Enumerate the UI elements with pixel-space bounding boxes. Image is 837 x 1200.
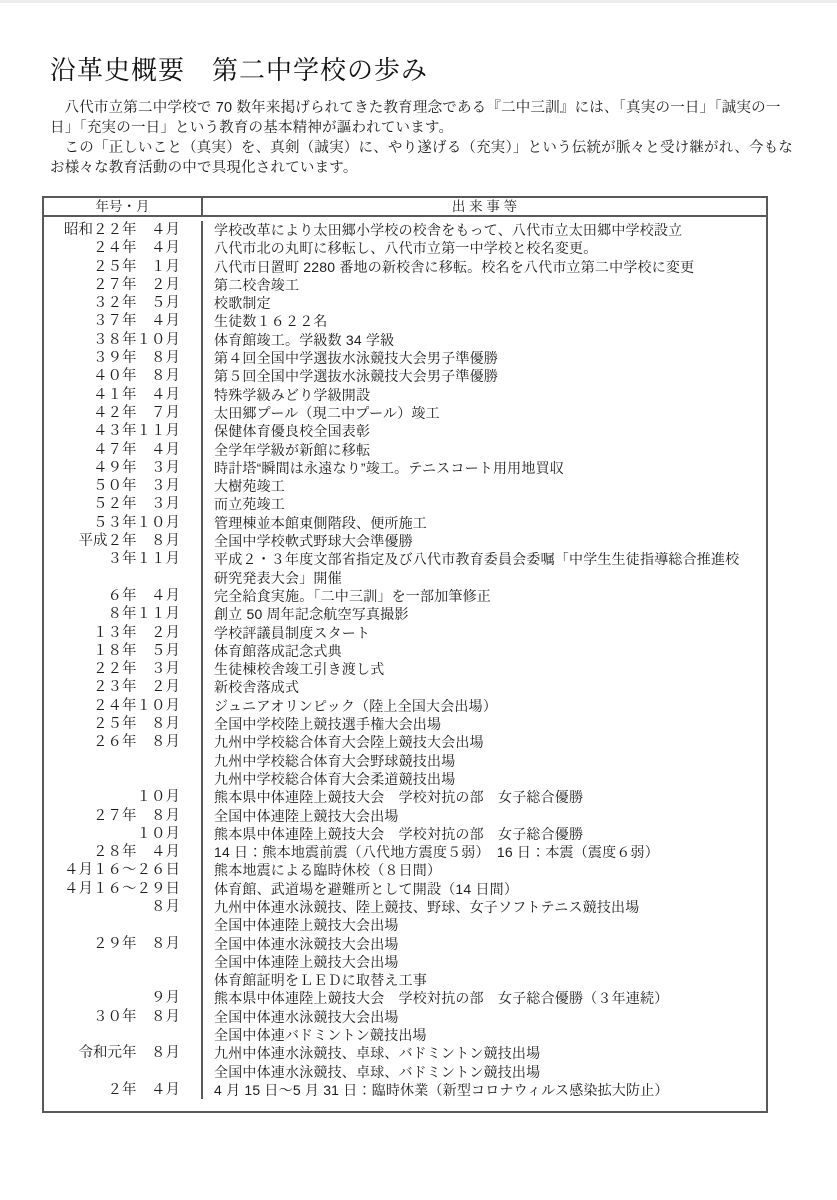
table-row: １０月熊本県中体連陸上競技大会 学校対抗の部 女子総合優勝 <box>44 788 766 806</box>
row-event: 八代市日置町 2280 番地の新校舎に移転。校名を八代市立第二中学校に変更 <box>203 258 766 276</box>
row-event: 学校評議員制度スタート <box>203 624 766 642</box>
table-row: ２７年 ８月全国中体連陸上競技大会出場 <box>44 807 766 825</box>
row-event: 而立苑竣工 <box>203 495 766 513</box>
row-era-month: ２５年 ８月 <box>44 715 203 733</box>
row-era-month: ４２年 ７月 <box>44 404 203 422</box>
row-era-month: ９月 <box>44 989 203 1007</box>
table-row: ３０年 ８月全国中体連水泳競技大会出場 <box>44 1008 766 1026</box>
table-row: ２５年 １月八代市日置町 2280 番地の新校舎に移転。校名を八代市立第二中学校… <box>44 258 766 276</box>
row-era-month: １８年 ５月 <box>44 642 203 660</box>
table-row: ２年 ４月4 月 15 日～5 月 31 日：臨時休業（新型コロナウィルス感染拡… <box>44 1081 766 1099</box>
row-event: 学校改革により太田郷小学校の校舎をもって、八代市立太田郷中学校設立 <box>203 221 766 239</box>
row-event: 大樹苑竣工 <box>203 477 766 495</box>
table-row: ３８年１０月体育館竣工。学級数 34 学級 <box>44 331 766 349</box>
row-era-month <box>44 1026 203 1044</box>
row-era-month: ５２年 ３月 <box>44 495 203 513</box>
row-era-month: ２２年 ３月 <box>44 660 203 678</box>
table-row: 全国中体連水泳競技、卓球、バドミントン競技出場 <box>44 1063 766 1081</box>
intro-paragraph-1: 八代市立第二中学校で 70 数年来掲げられてきた教育理念である『二中三訓』には、… <box>50 98 797 138</box>
row-event: 新校舎落成式 <box>203 678 766 696</box>
row-era-month: ２年 ４月 <box>44 1081 203 1099</box>
table-row: 全国中体連バドミントン競技出場 <box>44 1026 766 1044</box>
row-era-month: ４７年 ４月 <box>44 441 203 459</box>
row-era-month: ４１年 ４月 <box>44 386 203 404</box>
header-era-month: 年号・月 <box>44 198 203 215</box>
row-era-month: ２４年 ４月 <box>44 239 203 257</box>
table-body: 昭和２２年 ４月学校改革により太田郷小学校の校舎をもって、八代市立太田郷中学校設… <box>44 217 766 1111</box>
row-era-month: ３７年 ４月 <box>44 312 203 330</box>
table-row: ５２年 ３月而立苑竣工 <box>44 495 766 513</box>
document-page: 沿革史概要 第二中学校の歩み 八代市立第二中学校で 70 数年来掲げられてきた教… <box>0 0 837 1200</box>
row-era-month: ２３年 ２月 <box>44 678 203 696</box>
table-row: ９月熊本県中体連陸上競技大会 学校対抗の部 女子総合優勝（３年連続） <box>44 989 766 1007</box>
row-event: 全国中体連バドミントン競技出場 <box>203 1026 766 1044</box>
row-event: 完全給食実施。「二中三訓」を一部加筆修正 <box>203 587 766 605</box>
row-era-month: １０月 <box>44 825 203 843</box>
row-era-month <box>44 916 203 934</box>
row-era-month: ２９年 ８月 <box>44 935 203 953</box>
scan-edge <box>0 0 837 3</box>
row-event: 体育館竣工。学級数 34 学級 <box>203 331 766 349</box>
table-row: ３９年 ８月第４回全国中学選抜水泳競技大会男子準優勝 <box>44 349 766 367</box>
intro-section: 八代市立第二中学校で 70 数年来掲げられてきた教育理念である『二中三訓』には、… <box>50 98 797 178</box>
row-era-month: ８月 <box>44 898 203 916</box>
row-event: 全国中体連水泳競技大会出場 <box>203 935 766 953</box>
row-era-month: ８年１１月 <box>44 605 203 623</box>
table-row: 昭和２２年 ４月学校改革により太田郷小学校の校舎をもって、八代市立太田郷中学校設… <box>44 221 766 239</box>
table-row: 全国中体連陸上競技大会出場 <box>44 953 766 971</box>
table-row: 体育館証明をＬＥＤに取替え工事 <box>44 971 766 989</box>
table-row: ３年１１月平成２・３年度文部省指定及び八代市教育委員会委嘱「中学生生徒指導総合推… <box>44 550 766 568</box>
row-era-month <box>44 770 203 788</box>
table-row: ３２年 ５月校歌制定 <box>44 294 766 312</box>
row-era-month: ４３年１１月 <box>44 422 203 440</box>
row-event: 特殊学級みどり学級開設 <box>203 386 766 404</box>
row-event: 熊本県中体連陸上競技大会 学校対抗の部 女子総合優勝（３年連続） <box>203 989 766 1007</box>
row-era-month: ６年 ４月 <box>44 587 203 605</box>
row-event: 校歌制定 <box>203 294 766 312</box>
table-row: １０月熊本県中体連陸上競技大会 学校対抗の部 女子総合優勝 <box>44 825 766 843</box>
row-event: 保健体育優良校全国表彰 <box>203 422 766 440</box>
row-event: 全国中体連水泳競技大会出場 <box>203 1008 766 1026</box>
row-event: 全国中学校陸上競技選手権大会出場 <box>203 715 766 733</box>
row-era-month: ３年１１月 <box>44 550 203 568</box>
row-event: 平成２・３年度文部省指定及び八代市教育委員会委嘱「中学生生徒指導総合推進校 <box>203 550 766 568</box>
table-row: ２４年 ４月八代市北の丸町に移転し、八代市立第一中学校と校名変更。 <box>44 239 766 257</box>
row-era-month: ４９年 ３月 <box>44 459 203 477</box>
table-row: ２２年 ３月生徒棟校舎竣工引き渡し式 <box>44 660 766 678</box>
row-era-month: ２４年１０月 <box>44 697 203 715</box>
row-event: 九州中学校総合体育大会柔道競技出場 <box>203 770 766 788</box>
row-era-month: 昭和２２年 ４月 <box>44 221 203 239</box>
row-era-month <box>44 953 203 971</box>
row-event: 全国中学校軟式野球大会準優勝 <box>203 532 766 550</box>
row-event: 第二校舎竣工 <box>203 276 766 294</box>
header-events: 出 来 事 等 <box>203 198 766 215</box>
row-event: 八代市北の丸町に移転し、八代市立第一中学校と校名変更。 <box>203 239 766 257</box>
intro-paragraph-2: この「正しいこと（真実）を、真剣（誠実）に、やり遂げる（充実）」という伝統が脈々… <box>50 138 797 178</box>
table-row: ４３年１１月保健体育優良校全国表彰 <box>44 422 766 440</box>
row-event: 時計塔“瞬間は永遠なり”竣工。テニスコート用用地買収 <box>203 459 766 477</box>
table-row: 九州中学校総合体育大会野球競技出場 <box>44 752 766 770</box>
row-era-month: ３２年 ５月 <box>44 294 203 312</box>
row-era-month: ４０年 ８月 <box>44 367 203 385</box>
row-era-month: １３年 ２月 <box>44 624 203 642</box>
history-table: 年号・月 出 来 事 等 昭和２２年 ４月学校改革により太田郷小学校の校舎をもっ… <box>42 196 768 1113</box>
row-era-month: ２６年 ８月 <box>44 733 203 751</box>
table-row: 平成２年 ８月全国中学校軟式野球大会準優勝 <box>44 532 766 550</box>
table-row: ８月九州中体連水泳競技、陸上競技、野球、女子ソフトテニス競技出場 <box>44 898 766 916</box>
row-era-month: 令和元年 ８月 <box>44 1044 203 1062</box>
row-event: 熊本県中体連陸上競技大会 学校対抗の部 女子総合優勝 <box>203 825 766 843</box>
row-era-month: ２７年 ２月 <box>44 276 203 294</box>
row-event: 全国中体連陸上競技大会出場 <box>203 807 766 825</box>
row-event: 研究発表大会」開催 <box>203 569 766 587</box>
row-era-month: ２７年 ８月 <box>44 807 203 825</box>
row-event: 生徒数１６２２名 <box>203 312 766 330</box>
row-event: 管理棟並本館東側階段、便所施工 <box>203 514 766 532</box>
table-row: ８年１１月創立 50 周年記念航空写真撮影 <box>44 605 766 623</box>
row-event: 九州中体連水泳競技、陸上競技、野球、女子ソフトテニス競技出場 <box>203 898 766 916</box>
table-row: ４９年 ３月時計塔“瞬間は永遠なり”竣工。テニスコート用用地買収 <box>44 459 766 477</box>
table-row: 全国中体連陸上競技大会出場 <box>44 916 766 934</box>
row-event: 14 日：熊本地震前震（八代地方震度５弱） 16 日：本震（震度６弱） <box>203 843 766 861</box>
row-era-month: ３０年 ８月 <box>44 1008 203 1026</box>
row-event: 熊本県中体連陸上競技大会 学校対抗の部 女子総合優勝 <box>203 788 766 806</box>
table-row: ２５年 ８月全国中学校陸上競技選手権大会出場 <box>44 715 766 733</box>
row-era-month: ５３年１０月 <box>44 514 203 532</box>
row-era-month: ２５年 １月 <box>44 258 203 276</box>
table-row: ４２年 ７月太田郷プール（現二中プール）竣工 <box>44 404 766 422</box>
table-row: １３年 ２月学校評議員制度スタート <box>44 624 766 642</box>
table-row: ４月１６～２６日熊本地震による臨時休校（８日間） <box>44 861 766 879</box>
row-event: 体育館証明をＬＥＤに取替え工事 <box>203 971 766 989</box>
row-era-month <box>44 971 203 989</box>
row-event: ジュニアオリンピック（陸上全国大会出場） <box>203 697 766 715</box>
table-row: ３７年 ４月生徒数１６２２名 <box>44 312 766 330</box>
table-row: 九州中学校総合体育大会柔道競技出場 <box>44 770 766 788</box>
row-era-month <box>44 1063 203 1081</box>
table-row: 研究発表大会」開催 <box>44 569 766 587</box>
row-event: 九州中体連水泳競技、卓球、バドミントン競技出場 <box>203 1044 766 1062</box>
row-era-month: ３８年１０月 <box>44 331 203 349</box>
row-event: 第４回全国中学選抜水泳競技大会男子準優勝 <box>203 349 766 367</box>
table-row: 令和元年 ８月九州中体連水泳競技、卓球、バドミントン競技出場 <box>44 1044 766 1062</box>
row-era-month: ５０年 ３月 <box>44 477 203 495</box>
row-event: 熊本地震による臨時休校（８日間） <box>203 861 766 879</box>
row-era-month: ３９年 ８月 <box>44 349 203 367</box>
row-era-month: 平成２年 ８月 <box>44 532 203 550</box>
table-row: ２６年 ８月九州中学校総合体育大会陸上競技大会出場 <box>44 733 766 751</box>
table-row: ４月１６～２９日体育館、武道場を避難所として開設（14 日間） <box>44 880 766 898</box>
row-event: 体育館落成記念式典 <box>203 642 766 660</box>
row-era-month: ４月１６～２９日 <box>44 880 203 898</box>
table-row: ４０年 ８月第５回全国中学選抜水泳競技大会男子準優勝 <box>44 367 766 385</box>
table-row: ５０年 ３月大樹苑竣工 <box>44 477 766 495</box>
table-row: １８年 ５月体育館落成記念式典 <box>44 642 766 660</box>
page-title: 沿革史概要 第二中学校の歩み <box>50 52 793 88</box>
table-row: ４７年 ４月全学年学級が新館に移転 <box>44 441 766 459</box>
row-event: 太田郷プール（現二中プール）竣工 <box>203 404 766 422</box>
row-event: 九州中学校総合体育大会陸上競技大会出場 <box>203 733 766 751</box>
table-row: ２３年 ２月新校舎落成式 <box>44 678 766 696</box>
row-era-month <box>44 752 203 770</box>
row-event: 全国中体連水泳競技、卓球、バドミントン競技出場 <box>203 1063 766 1081</box>
table-row: ６年 ４月完全給食実施。「二中三訓」を一部加筆修正 <box>44 587 766 605</box>
row-event: 全国中体連陸上競技大会出場 <box>203 916 766 934</box>
row-era-month: １０月 <box>44 788 203 806</box>
row-era-month: ２８年 ４月 <box>44 843 203 861</box>
row-event: 第５回全国中学選抜水泳競技大会男子準優勝 <box>203 367 766 385</box>
row-event: 九州中学校総合体育大会野球競技出場 <box>203 752 766 770</box>
row-era-month: ４月１６～２６日 <box>44 861 203 879</box>
row-event: 創立 50 周年記念航空写真撮影 <box>203 605 766 623</box>
table-row: ２７年 ２月第二校舎竣工 <box>44 276 766 294</box>
row-era-month <box>44 569 203 587</box>
row-event: 全学年学級が新館に移転 <box>203 441 766 459</box>
table-row: ２８年 ４月14 日：熊本地震前震（八代地方震度５弱） 16 日：本震（震度６弱… <box>44 843 766 861</box>
table-row: ５３年１０月管理棟並本館東側階段、便所施工 <box>44 514 766 532</box>
row-event: 生徒棟校舎竣工引き渡し式 <box>203 660 766 678</box>
table-header-row: 年号・月 出 来 事 等 <box>44 198 766 217</box>
table-row: ４１年 ４月特殊学級みどり学級開設 <box>44 386 766 404</box>
row-event: 体育館、武道場を避難所として開設（14 日間） <box>203 880 766 898</box>
row-event: 4 月 15 日～5 月 31 日：臨時休業（新型コロナウィルス感染拡大防止） <box>203 1081 766 1099</box>
row-event: 全国中体連陸上競技大会出場 <box>203 953 766 971</box>
table-row: ２４年１０月ジュニアオリンピック（陸上全国大会出場） <box>44 697 766 715</box>
table-row: ２９年 ８月全国中体連水泳競技大会出場 <box>44 935 766 953</box>
